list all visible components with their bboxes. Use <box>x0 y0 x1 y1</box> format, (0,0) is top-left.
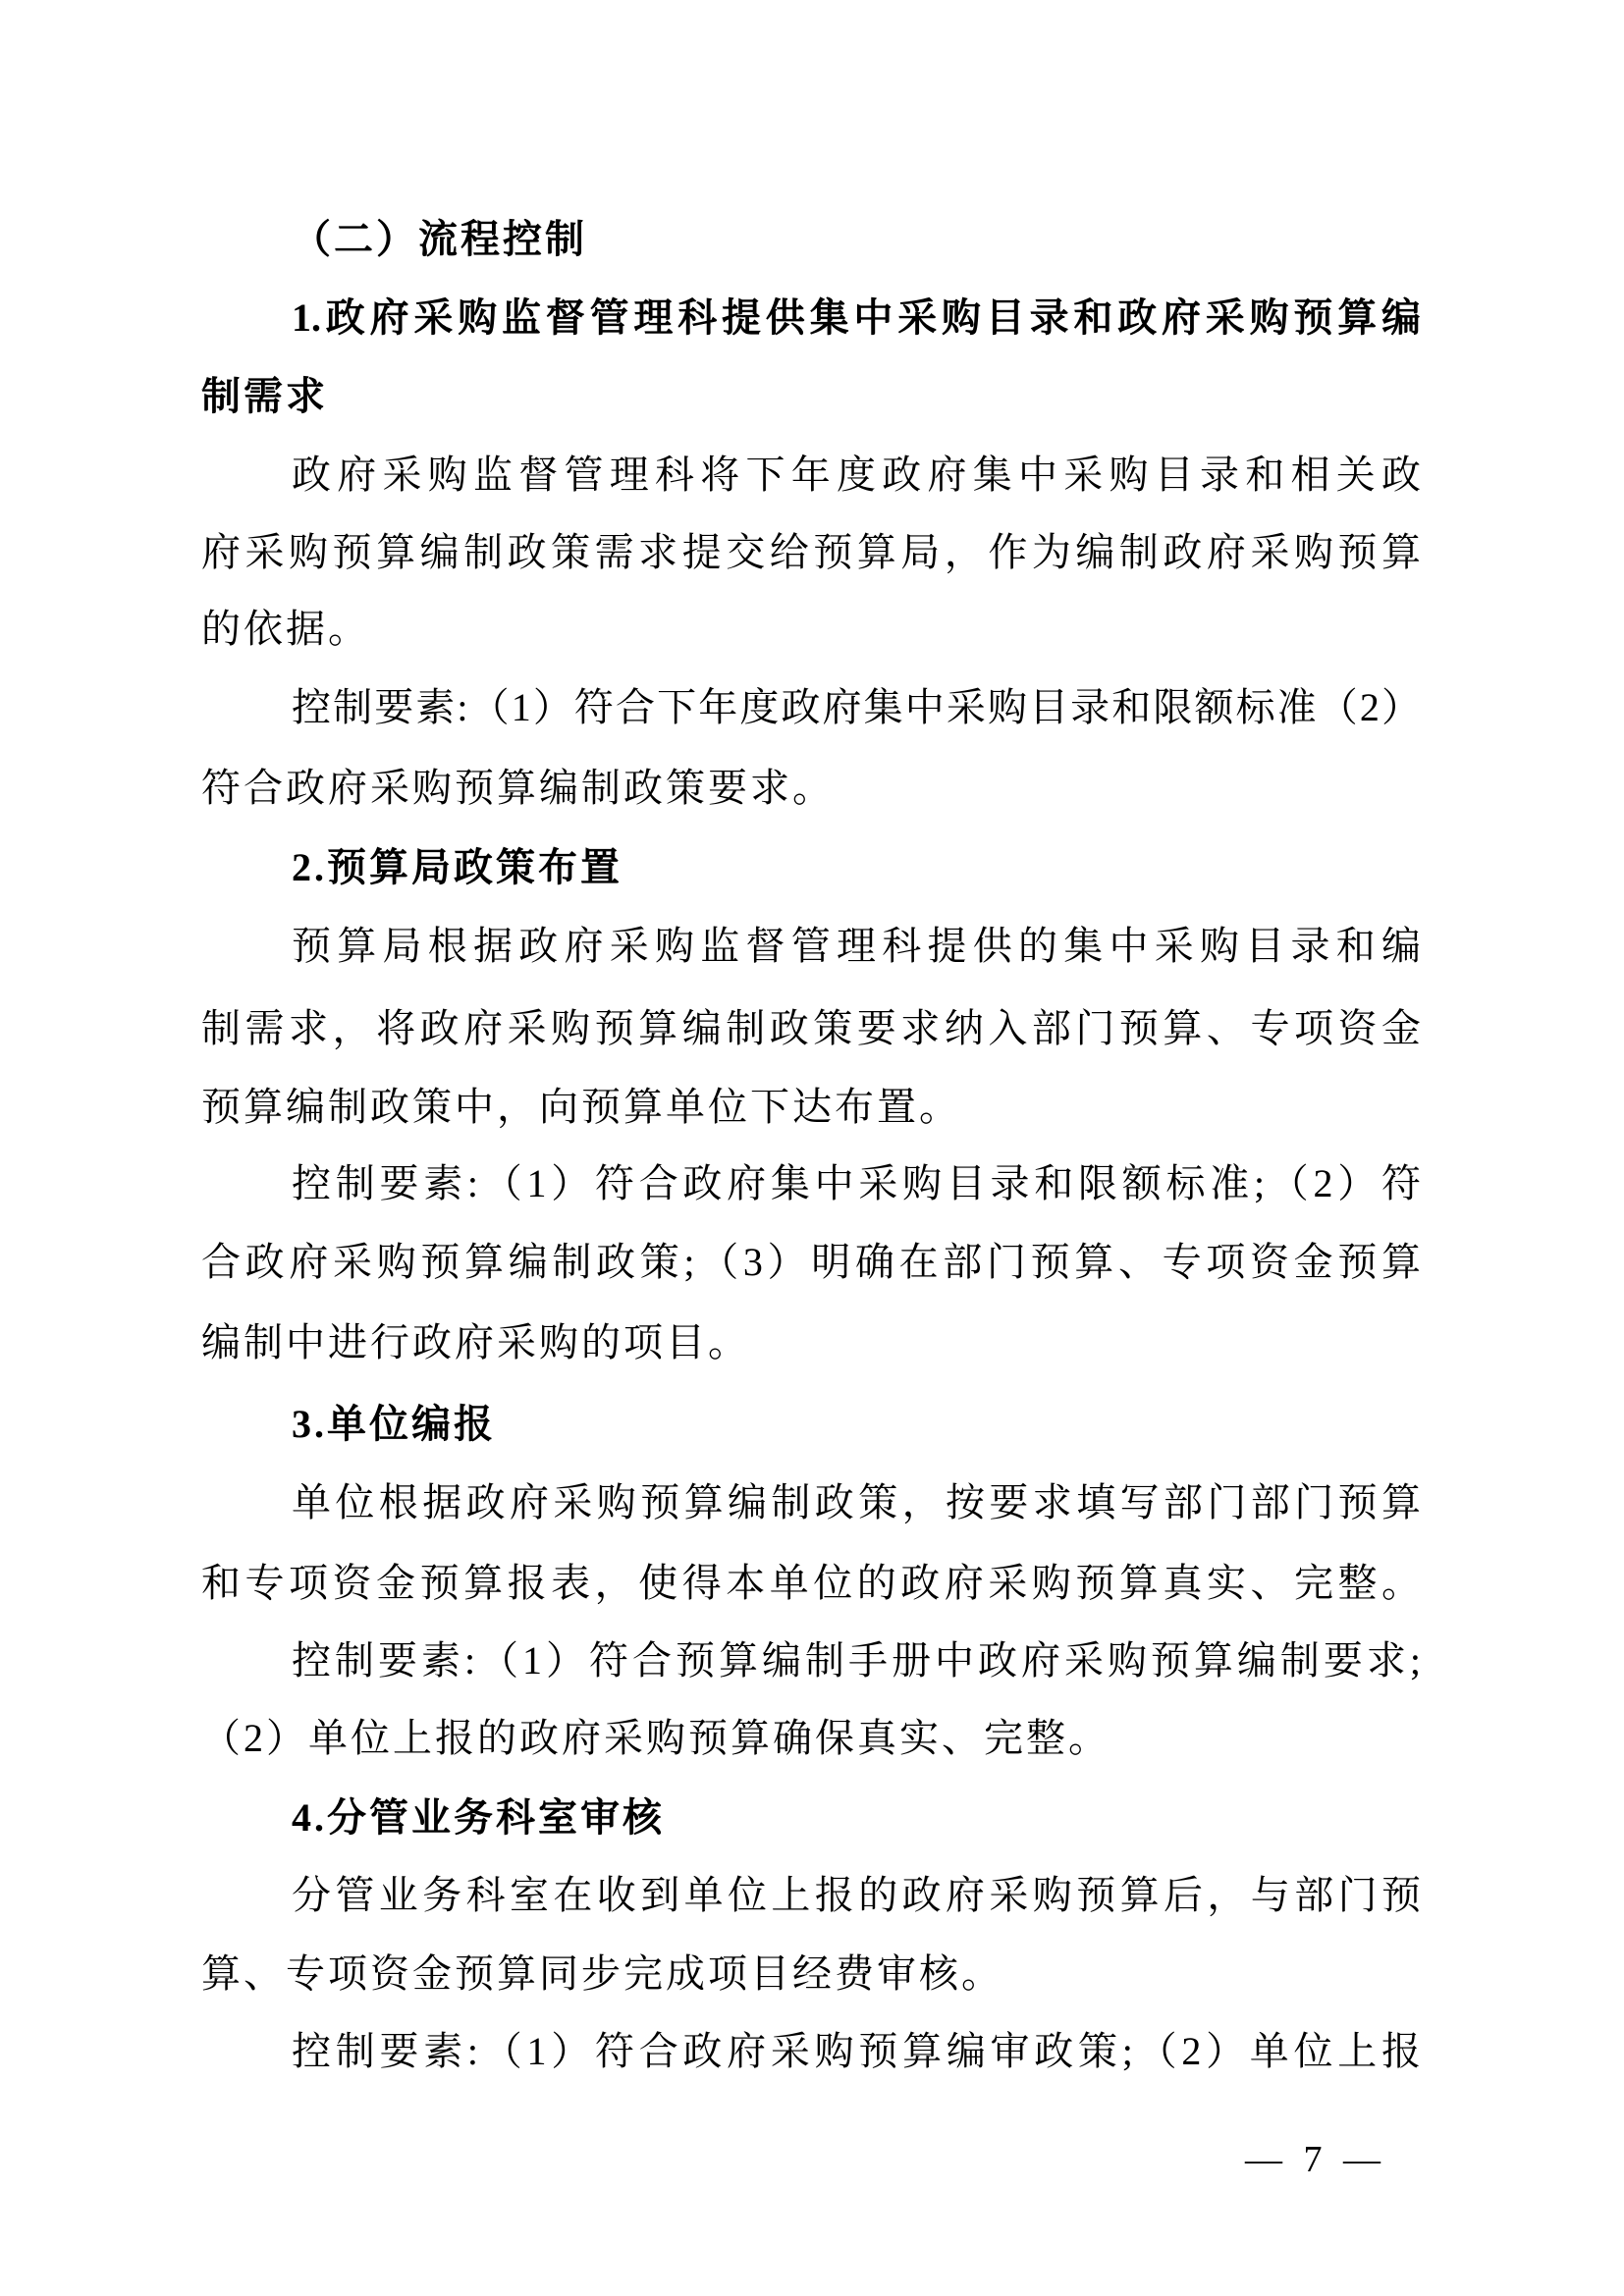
paragraph-line: 算、专项资金预算同步完成项目经费审核。 <box>201 1950 1421 2000</box>
page-number: — 7 — <box>1245 2137 1386 2182</box>
paragraph-line: 分管业务科室在收到单位上报的政府采购预算后，与部门预 <box>201 1872 1421 1921</box>
document-page: （二）流程控制 1.政府采购监督管理科提供集中采购目录和政府采购预算编 制需求 … <box>0 0 1624 2296</box>
heading-1-line-1: 1.政府采购监督管理科提供集中采购目录和政府采购预算编 <box>201 294 1421 344</box>
heading-3: 3.单位编报 <box>201 1401 1421 1450</box>
paragraph-line: 控制要素:（1）符合下年度政府集中采购目录和限额标准（2） <box>201 684 1421 733</box>
paragraph-line: 预算局根据政府采购监督管理科提供的集中采购目录和编 <box>201 923 1421 972</box>
paragraph-line: 预算编制政策中，向预算单位下达布置。 <box>201 1084 1421 1133</box>
paragraph-line: 控制要素:（1）符合政府集中采购目录和限额标准;（2）符 <box>201 1160 1421 1209</box>
paragraph-line: 和专项资金预算报表，使得本单位的政府采购预算真实、完整。 <box>201 1560 1421 1609</box>
paragraph-line: 政府采购监督管理科将下年度政府集中采购目录和相关政 <box>201 452 1421 501</box>
paragraph-line: 合政府采购预算编制政策;（3）明确在部门预算、专项资金预算 <box>201 1239 1421 1288</box>
paragraph-line: 单位根据政府采购预算编制政策，按要求填写部门部门预算 <box>201 1479 1421 1528</box>
paragraph-line: 符合政府采购预算编制政策要求。 <box>201 765 1421 814</box>
paragraph-line: 制需求，将政府采购预算编制政策要求纳入部门预算、专项资金 <box>201 1005 1421 1054</box>
paragraph-line: 编制中进行政府采购的项目。 <box>201 1319 1421 1368</box>
paragraph-line: 的依据。 <box>201 606 1421 655</box>
paragraph-line: 控制要素:（1）符合预算编制手册中政府采购预算编制要求; <box>201 1637 1421 1686</box>
paragraph-line: 控制要素:（1）符合政府采购预算编审政策;（2）单位上报 <box>201 2028 1421 2077</box>
section-heading: （二）流程控制 <box>201 216 1421 265</box>
paragraph-line: （2）单位上报的政府采购预算确保真实、完整。 <box>201 1715 1421 1764</box>
paragraph-line: 府采购预算编制政策需求提交给预算局，作为编制政府采购预算 <box>201 529 1421 578</box>
heading-1-line-2: 制需求 <box>201 373 1421 422</box>
heading-2: 2.预算局政策布置 <box>201 844 1421 893</box>
heading-4: 4.分管业务科室审核 <box>201 1794 1421 1843</box>
